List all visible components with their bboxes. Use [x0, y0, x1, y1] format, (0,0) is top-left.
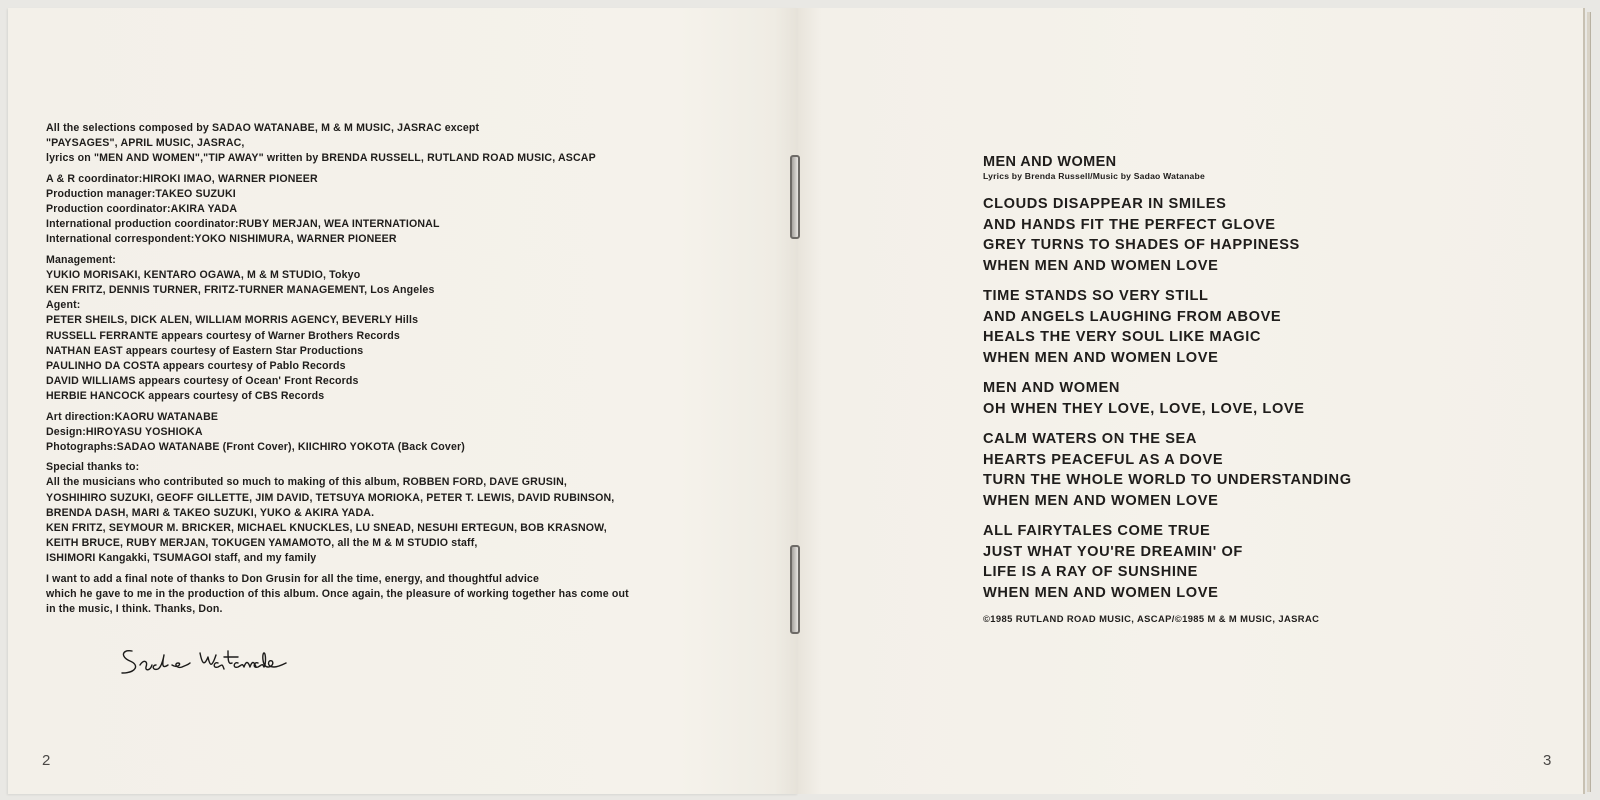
- credit-line: YUKIO MORISAKI, KENTARO OGAWA, M & M STU…: [46, 268, 786, 283]
- lyric-line: OH WHEN THEY LOVE, LOVE, LOVE, LOVE: [983, 399, 1543, 420]
- lyric-line: CALM WATERS ON THE SEA: [983, 429, 1543, 450]
- copyright-notice: ©1985 RUTLAND ROAD MUSIC, ASCAP/©1985 M …: [983, 613, 1543, 624]
- credit-block: Management:YUKIO MORISAKI, KENTARO OGAWA…: [46, 253, 786, 405]
- signature: [118, 643, 328, 679]
- credit-line: KEITH BRUCE, RUBY MERJAN, TOKUGEN YAMAMO…: [46, 536, 786, 551]
- page-edge: [1587, 12, 1591, 792]
- credit-line: Art direction:KAORU WATANABE: [46, 410, 786, 425]
- credit-line: BRENDA DASH, MARI & TAKEO SUZUKI, YUKO &…: [46, 506, 786, 521]
- credit-line: HERBIE HANCOCK appears courtesy of CBS R…: [46, 389, 786, 404]
- lyric-line: AND HANDS FIT THE PERFECT GLOVE: [983, 215, 1543, 236]
- credit-line: DAVID WILLIAMS appears courtesy of Ocean…: [46, 374, 786, 389]
- credit-block: All the selections composed by SADAO WAT…: [46, 121, 786, 167]
- lyric-stanza: ALL FAIRYTALES COME TRUEJUST WHAT YOU'RE…: [983, 521, 1543, 603]
- credit-line: I want to add a final note of thanks to …: [46, 572, 786, 587]
- lyric-line: HEARTS PEACEFUL AS A DOVE: [983, 450, 1543, 471]
- credit-block: A & R coordinator:HIROKI IMAO, WARNER PI…: [46, 172, 786, 248]
- credit-line: A & R coordinator:HIROKI IMAO, WARNER PI…: [46, 172, 786, 187]
- credit-line: lyrics on "MEN AND WOMEN","TIP AWAY" wri…: [46, 151, 786, 166]
- credit-line: ISHIMORI Kangakki, TSUMAGOI staff, and m…: [46, 551, 786, 566]
- lyric-line: LIFE IS A RAY OF SUNSHINE: [983, 562, 1543, 583]
- credit-line: International correspondent:YOKO NISHIMU…: [46, 232, 786, 247]
- page-number-right: 3: [1543, 752, 1551, 769]
- credit-line: KEN FRITZ, DENNIS TURNER, FRITZ-TURNER M…: [46, 283, 786, 298]
- lyric-line: GREY TURNS TO SHADES OF HAPPINESS: [983, 235, 1543, 256]
- lyric-line: TURN THE WHOLE WORLD TO UNDERSTANDING: [983, 470, 1543, 491]
- lyric-line: WHEN MEN AND WOMEN LOVE: [983, 583, 1543, 604]
- credit-line: YOSHIHIRO SUZUKI, GEOFF GILLETTE, JIM DA…: [46, 491, 786, 506]
- lyric-line: WHEN MEN AND WOMEN LOVE: [983, 348, 1543, 369]
- credit-line: KEN FRITZ, SEYMOUR M. BRICKER, MICHAEL K…: [46, 521, 786, 536]
- credit-block: I want to add a final note of thanks to …: [46, 572, 786, 618]
- booklet-spread: All the selections composed by SADAO WAT…: [0, 0, 1600, 800]
- credit-line: Agent:: [46, 298, 786, 313]
- page-number-left: 2: [42, 752, 50, 769]
- credit-line: PETER SHEILS, DICK ALEN, WILLIAM MORRIS …: [46, 313, 786, 328]
- lyric-stanza: MEN AND WOMENOH WHEN THEY LOVE, LOVE, LO…: [983, 378, 1543, 419]
- credit-line: All the selections composed by SADAO WAT…: [46, 121, 786, 136]
- credit-line: All the musicians who contributed so muc…: [46, 475, 786, 490]
- lyric-stanza: CALM WATERS ON THE SEAHEARTS PEACEFUL AS…: [983, 429, 1543, 511]
- credit-line: International production coordinator:RUB…: [46, 217, 786, 232]
- credit-line: Production coordinator:AKIRA YADA: [46, 202, 786, 217]
- credit-line: Design:HIROYASU YOSHIOKA: [46, 425, 786, 440]
- song-credit: Lyrics by Brenda Russell/Music by Sadao …: [983, 171, 1543, 182]
- lyric-line: MEN AND WOMEN: [983, 378, 1543, 399]
- lyric-line: AND ANGELS LAUGHING FROM ABOVE: [983, 307, 1543, 328]
- lyrics-body: CLOUDS DISAPPEAR IN SMILESAND HANDS FIT …: [983, 194, 1543, 603]
- staple-icon: [790, 155, 800, 239]
- credit-block: Special thanks to:All the musicians who …: [46, 460, 786, 566]
- credit-line: "PAYSAGES", APRIL MUSIC, JASRAC,: [46, 136, 786, 151]
- credit-line: NATHAN EAST appears courtesy of Eastern …: [46, 344, 786, 359]
- song-title: MEN AND WOMEN: [983, 154, 1543, 171]
- credit-line: Photographs:SADAO WATANABE (Front Cover)…: [46, 440, 786, 455]
- credit-line: in the music, I think. Thanks, Don.: [46, 602, 786, 617]
- credit-line: which he gave to me in the production of…: [46, 587, 786, 602]
- lyrics-section: MEN AND WOMEN Lyrics by Brenda Russell/M…: [983, 154, 1543, 624]
- credits-text: All the selections composed by SADAO WAT…: [46, 121, 786, 622]
- credit-line: Special thanks to:: [46, 460, 786, 475]
- lyric-stanza: TIME STANDS SO VERY STILLAND ANGELS LAUG…: [983, 286, 1543, 368]
- staple-icon: [790, 545, 800, 634]
- credit-line: RUSSELL FERRANTE appears courtesy of War…: [46, 329, 786, 344]
- lyric-line: HEALS THE VERY SOUL LIKE MAGIC: [983, 327, 1543, 348]
- lyric-line: TIME STANDS SO VERY STILL: [983, 286, 1543, 307]
- lyric-line: CLOUDS DISAPPEAR IN SMILES: [983, 194, 1543, 215]
- credit-block: Art direction:KAORU WATANABEDesign:HIROY…: [46, 410, 786, 456]
- credit-line: PAULINHO DA COSTA appears courtesy of Pa…: [46, 359, 786, 374]
- lyric-line: JUST WHAT YOU'RE DREAMIN' OF: [983, 542, 1543, 563]
- lyric-line: ALL FAIRYTALES COME TRUE: [983, 521, 1543, 542]
- lyric-line: WHEN MEN AND WOMEN LOVE: [983, 256, 1543, 277]
- credit-line: Production manager:TAKEO SUZUKI: [46, 187, 786, 202]
- credit-line: Management:: [46, 253, 786, 268]
- lyric-line: WHEN MEN AND WOMEN LOVE: [983, 491, 1543, 512]
- lyric-stanza: CLOUDS DISAPPEAR IN SMILESAND HANDS FIT …: [983, 194, 1543, 276]
